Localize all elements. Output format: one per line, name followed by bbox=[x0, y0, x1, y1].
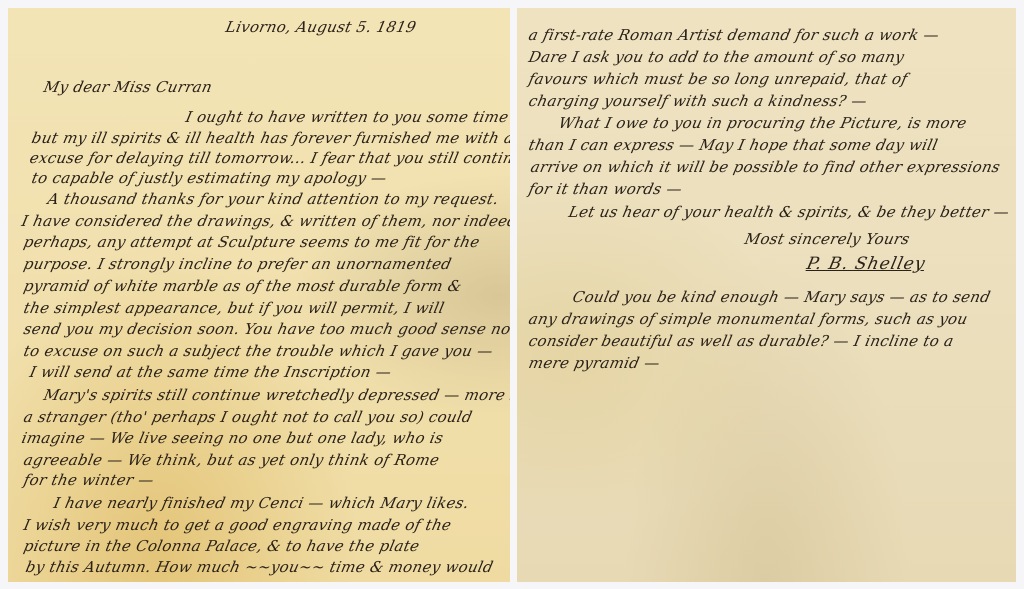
letter-line: arrive on which it will be possible to f… bbox=[529, 158, 1002, 176]
letter-line: favours which must be so long unrepaid, … bbox=[527, 70, 909, 88]
letter-spread: Livorno, August 5. 1819 My dear Miss Cur… bbox=[0, 0, 1024, 589]
letter-line: the simplest appearance, but if you will… bbox=[22, 299, 446, 317]
letter-line: a stranger (tho' perhaps I ought not to … bbox=[22, 408, 474, 426]
letter-line: but my ill spirits & ill health has fore… bbox=[30, 129, 510, 147]
letter-line: A thousand thanks for your kind attentio… bbox=[46, 190, 500, 208]
letter-line: Mary's spirits still continue wretchedly… bbox=[42, 386, 510, 404]
letter-line: What I owe to you in procuring the Pictu… bbox=[557, 114, 968, 132]
letter-line: imagine — We live seeing no one but one … bbox=[20, 429, 445, 447]
postscript-line: any drawings of simple monumental forms,… bbox=[527, 310, 969, 328]
dateline: Livorno, August 5. 1819 bbox=[224, 18, 418, 36]
right-page: a first-rate Roman Artist demand for suc… bbox=[517, 8, 1016, 582]
letter-line: Dare I ask you to add to the amount of s… bbox=[527, 48, 906, 66]
letter-line: charging yourself with such a kindness? … bbox=[527, 92, 869, 110]
letter-line: purpose. I strongly incline to prefer an… bbox=[22, 255, 453, 273]
signature: P. B. Shelley bbox=[805, 254, 928, 274]
postscript-line: Could you be kind enough — Mary says — a… bbox=[571, 288, 992, 306]
letter-line: excuse for delaying till tomorrow... I f… bbox=[28, 149, 510, 167]
letter-line: perhaps, any attempt at Sculpture seems … bbox=[22, 233, 481, 251]
letter-line: picture in the Colonna Palace, & to have… bbox=[22, 537, 421, 555]
salutation: My dear Miss Curran bbox=[42, 78, 214, 96]
letter-line: I will send at the same time the Inscrip… bbox=[28, 363, 393, 381]
letter-line: I have nearly finished my Cenci — which … bbox=[52, 494, 471, 512]
left-page: Livorno, August 5. 1819 My dear Miss Cur… bbox=[8, 8, 510, 582]
letter-line: Let us hear of your health & spirits, & … bbox=[567, 203, 1011, 221]
letter-line: agreeable — We think, but as yet only th… bbox=[22, 451, 441, 469]
letter-line: for the winter — bbox=[22, 471, 156, 489]
letter-line: than I can express — May I hope that som… bbox=[527, 136, 939, 154]
closing: Most sincerely Yours bbox=[743, 230, 911, 248]
letter-line: I have considered the drawings, & writte… bbox=[20, 212, 510, 230]
letter-line: by this Autumn. How much ~~you~~ time & … bbox=[24, 558, 495, 576]
letter-line: I ought to have written to you some time… bbox=[184, 108, 510, 126]
letter-line: to capable of justly estimating my apolo… bbox=[30, 169, 388, 187]
postscript-line: mere pyramid — bbox=[527, 354, 662, 372]
letter-line: to excuse on such a subject the trouble … bbox=[22, 342, 495, 360]
letter-line: a first-rate Roman Artist demand for suc… bbox=[527, 26, 941, 44]
letter-line: pyramid of white marble as of the most d… bbox=[22, 277, 463, 295]
postscript-line: consider beautiful as well as durable? —… bbox=[527, 332, 955, 350]
letter-line: I wish very much to get a good engraving… bbox=[22, 516, 453, 534]
letter-line: send you my decision soon. You have too … bbox=[22, 320, 510, 338]
letter-line: for it than words — bbox=[527, 180, 684, 198]
